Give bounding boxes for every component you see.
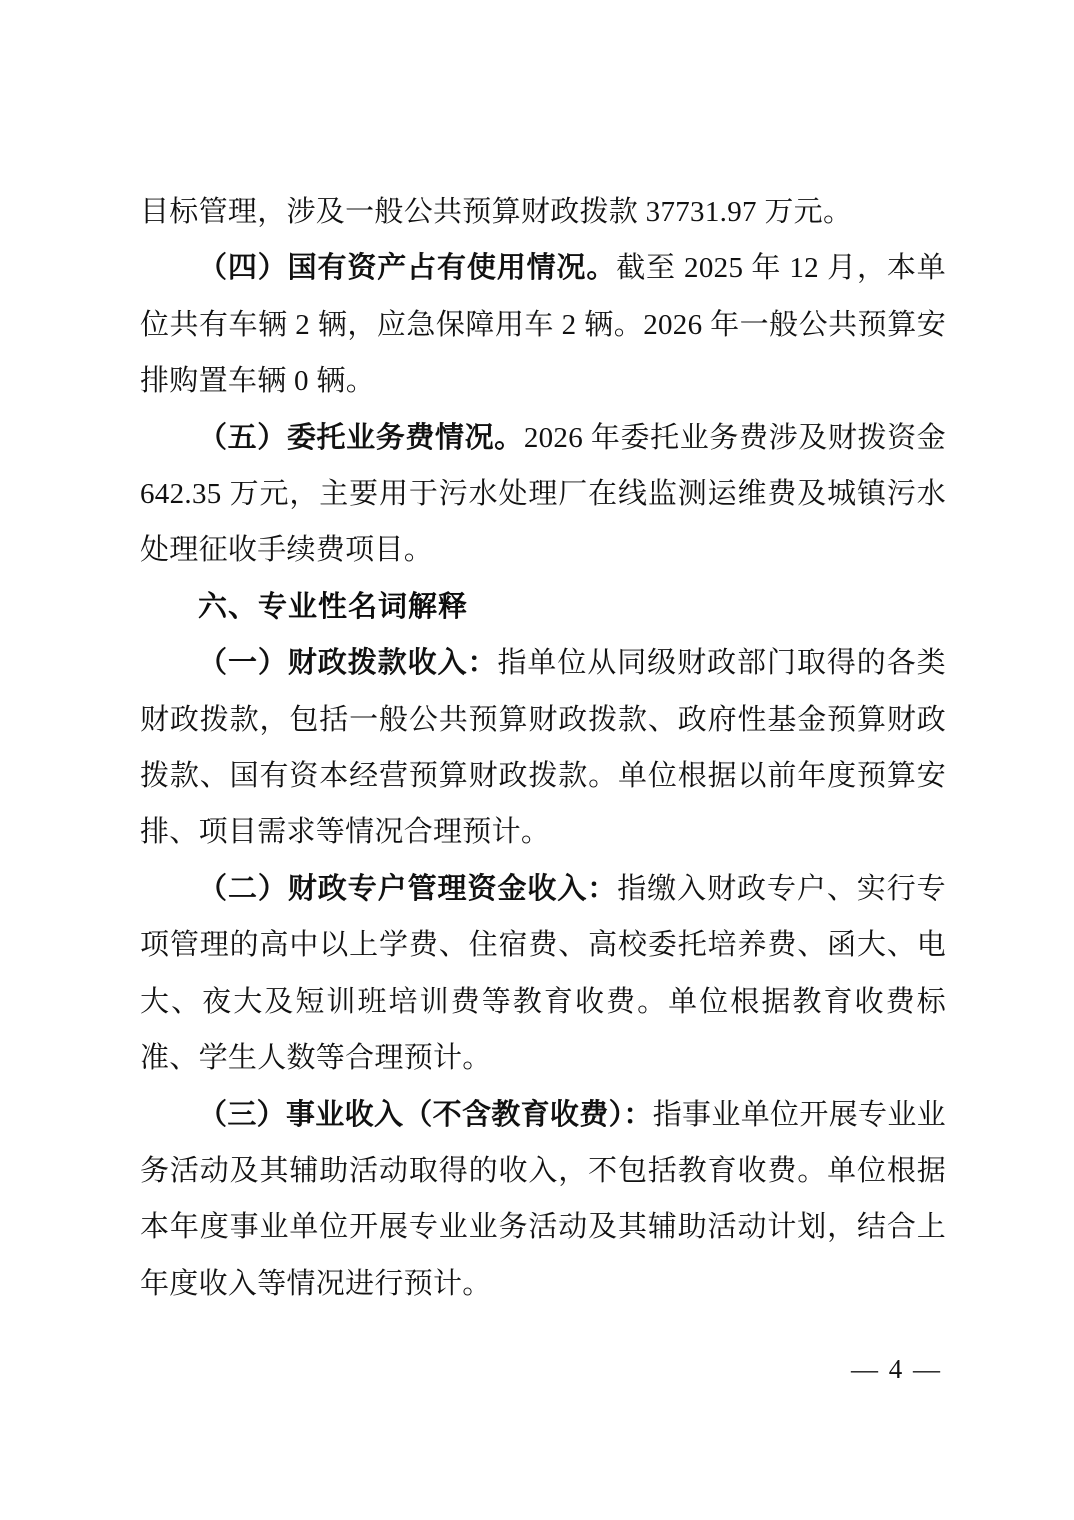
paragraph-def-fiscal-appropriation-lead: （一）财政拨款收入： <box>198 647 497 679</box>
paragraph-carryover-text: 目标管理，涉及一般公共预算财政拨款 37731.97 万元。 <box>140 196 852 228</box>
paragraph-state-assets: （四）国有资产占有使用情况。截至 2025 年 12 月，本单位共有车辆 2 辆… <box>140 240 946 409</box>
page-number: — 4 — <box>851 1352 942 1386</box>
paragraph-entrusted-fees: （五）委托业务费情况。2026 年委托业务费涉及财拨资金 642.35 万元，主… <box>140 410 946 579</box>
paragraph-entrusted-fees-lead: （五）委托业务费情况。 <box>198 422 524 454</box>
paragraph-def-special-account-lead: （二）财政专户管理资金收入： <box>198 873 617 905</box>
paragraph-def-operational-income: （三）事业收入（不含教育收费）：指事业单位开展专业业务活动及其辅助活动取得的收入… <box>140 1087 946 1313</box>
document-body: 目标管理，涉及一般公共预算财政拨款 37731.97 万元。 （四）国有资产占有… <box>140 184 946 1312</box>
paragraph-state-assets-lead: （四）国有资产占有使用情况。 <box>198 252 616 284</box>
paragraph-def-special-account: （二）财政专户管理资金收入：指缴入财政专户、实行专项管理的高中以上学费、住宿费、… <box>140 861 946 1087</box>
document-page: 目标管理，涉及一般公共预算财政拨款 37731.97 万元。 （四）国有资产占有… <box>0 0 1074 1520</box>
paragraph-def-fiscal-appropriation: （一）财政拨款收入：指单位从同级财政部门取得的各类财政拨款，包括一般公共预算财政… <box>140 635 946 861</box>
section-heading-terminology: 六、专业性名词解释 <box>140 579 946 635</box>
paragraph-def-operational-income-lead: （三）事业收入（不含教育收费）： <box>198 1099 653 1131</box>
paragraph-carryover: 目标管理，涉及一般公共预算财政拨款 37731.97 万元。 <box>140 184 946 240</box>
